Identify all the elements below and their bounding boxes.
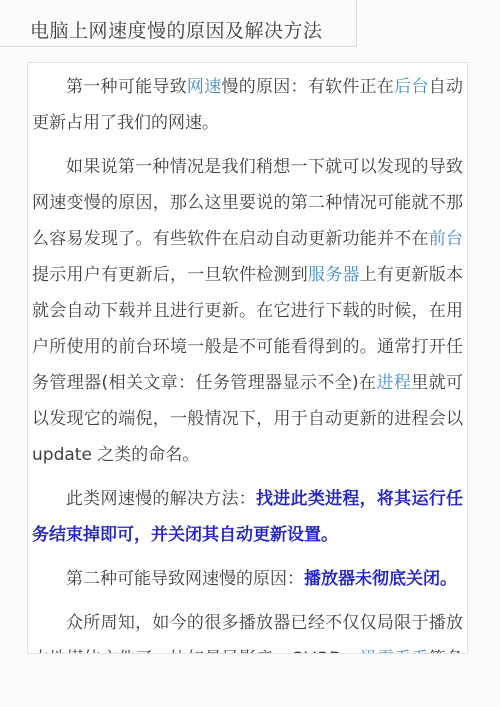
paragraph-5: 众所周知，如今的很多播放器已经不仅仅局限于播放本地媒体文件了，比如暴风影音，QV… — [32, 605, 463, 654]
text-run: 提示用户有更新后，一旦软件检测到 — [32, 265, 308, 285]
text-run: 众所周知，如今的很多播放器已经不仅仅局限于播放本地媒体文件了，比如暴风影音，QV… — [32, 613, 463, 654]
paragraph-3: 此类网速慢的解决方法：找进此类进程，将其运行任务结束掉即可，并关闭其自动更新设置… — [32, 481, 463, 553]
link-houtai[interactable]: 后台 — [394, 77, 429, 97]
link-fuwuqi[interactable]: 服务器 — [308, 265, 360, 285]
text-run: 此类网速慢的解决方法： — [66, 489, 256, 509]
text-run: 第二种可能导致网速慢的原因： — [66, 569, 304, 589]
link-wangsu[interactable]: 网速 — [187, 77, 222, 97]
link-xunleikankan[interactable]: 迅雷看看 — [360, 649, 429, 654]
link-qiantai[interactable]: 前台 — [429, 229, 463, 249]
paragraph-4: 第二种可能导致网速慢的原因：播放器未彻底关闭。 — [32, 561, 463, 597]
link-jincheng[interactable]: 进程 — [376, 373, 411, 393]
paragraph-2: 如果说第一种情况是我们稍想一下就可以发现的导致网速变慢的原因，那么这里要说的第二… — [32, 149, 463, 473]
text-run: 第一种可能导致 — [66, 77, 187, 97]
article-title-box: 电脑上网速度慢的原因及解决方法 — [0, 0, 357, 47]
text-run: 如果说第一种情况是我们稍想一下就可以发现的导致网速变慢的原因，那么这里要说的第二… — [32, 157, 463, 249]
paragraph-1: 第一种可能导致网速慢的原因：有软件正在后台自动更新占用了我们的网速。 — [32, 69, 463, 141]
text-run: 慢的原因：有软件正在 — [221, 77, 394, 97]
solution-text-2: 播放器未彻底关闭。 — [304, 569, 457, 589]
article-content-box: 第一种可能导致网速慢的原因：有软件正在后台自动更新占用了我们的网速。 如果说第一… — [27, 62, 468, 654]
page-title: 电脑上网速度慢的原因及解决方法 — [30, 16, 356, 43]
